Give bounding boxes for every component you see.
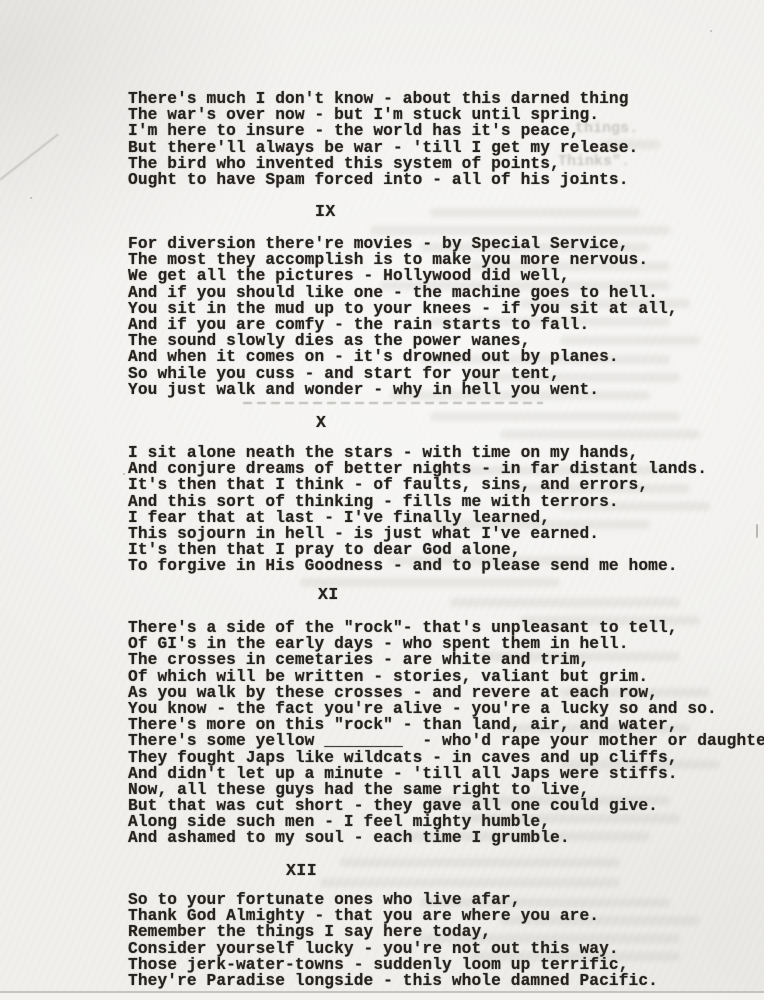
stanza: I sit alone neath the stars - with time … [128,445,707,575]
poem-line: To forgive in His Goodness - and to plea… [128,558,707,574]
poem-line: The war's over now - but I'm stuck until… [128,107,638,123]
poem-line: I fear that at last - I've finally learn… [128,510,707,526]
poem: There's much I don't know - about this d… [0,0,764,1000]
poem-line: They're Paradise longside - this whole d… [128,973,658,989]
poem-line: And if you should like one - the machine… [128,285,678,301]
poem-line: The crosses in cemetaries - are white an… [128,652,764,668]
poem-line: There's a side of the "rock"- that's unp… [128,620,764,636]
section-heading: XI [318,585,339,604]
poem-line: It's then that I think - of faults, sins… [128,477,707,493]
page-bottom-strip [0,993,764,1000]
poem-line: Thank God Almighty - that you are where … [128,908,658,924]
poem-line: There's much I don't know - about this d… [128,91,638,107]
poem-line: Ought to have Spam forced into - all of … [128,172,638,188]
stanza: There's a side of the "rock"- that's unp… [128,620,764,847]
poem-line: This sojourn in hell - is just what I've… [128,526,707,542]
poem-line: The bird who invented this system of poi… [128,156,638,172]
poem-line: You sit in the mud up to your knees - if… [128,301,678,317]
poem-line: And if you are comfy - the rain starts t… [128,317,678,333]
section-heading: XII [286,861,317,880]
poem-line: Of which will be written - stories, vali… [128,669,764,685]
poem-line: And when it comes on - it's drowned out … [128,349,678,365]
poem-line: Of GI's in the early days - who spent th… [128,636,764,652]
poem-line: Those jerk-water-towns - suddenly loom u… [128,957,658,973]
stanza: For diversion there're movies - by Speci… [128,236,678,398]
poem-line: Now, all these guys had the same right t… [128,782,764,798]
section-heading: IX [315,202,336,221]
poem-line: They fought Japs like wildcats - in cave… [128,750,764,766]
poem-line: We get all the pictures - Hollywood did … [128,268,678,284]
poem-line: And this sort of thinking - fills me wit… [128,494,707,510]
poem-line: But there'll always be war - 'till I get… [128,140,638,156]
poem-line: I sit alone neath the stars - with time … [128,445,707,461]
poem-line: So to your fortunate ones who live afar, [128,892,658,908]
poem-line: You know - the fact you're alive - you'r… [128,701,764,717]
section-heading: X [316,413,326,432]
poem-line: Remember the things I say here today, [128,924,658,940]
poem-line: And ashamed to my soul - each time I gru… [128,830,764,846]
poem-line: For diversion there're movies - by Speci… [128,236,678,252]
poem-line: As you walk by these crosses - and rever… [128,685,764,701]
poem-line: So while you cuss - and start for your t… [128,366,678,382]
poem-line: But that was cut short - they gave all o… [128,798,764,814]
stanza: So to your fortunate ones who live afar,… [128,892,658,989]
poem-line: I'm here to insure - the world has it's … [128,123,638,139]
poem-line: There's more on this "rock" - than land,… [128,717,764,733]
poem-line: Consider yourself lucky - you're not out… [128,941,658,957]
poem-line: Along side such men - I feel mighty humb… [128,814,764,830]
poem-line: The most they accomplish is to make you … [128,252,678,268]
document-page: things. Thinks". There's much I don't kn… [0,0,764,1000]
poem-line: It's then that I pray to dear God alone, [128,542,707,558]
poem-line: You just walk and wonder - why in hell y… [128,382,678,398]
poem-line: The sound slowly dies as the power wanes… [128,333,678,349]
stanza: There's much I don't know - about this d… [128,91,638,188]
poem-line: And didn't let up a minute - 'till all J… [128,766,764,782]
poem-line: There's some yellow ________ - who'd rap… [128,733,764,749]
poem-line: And conjure dreams of better nights - in… [128,461,707,477]
